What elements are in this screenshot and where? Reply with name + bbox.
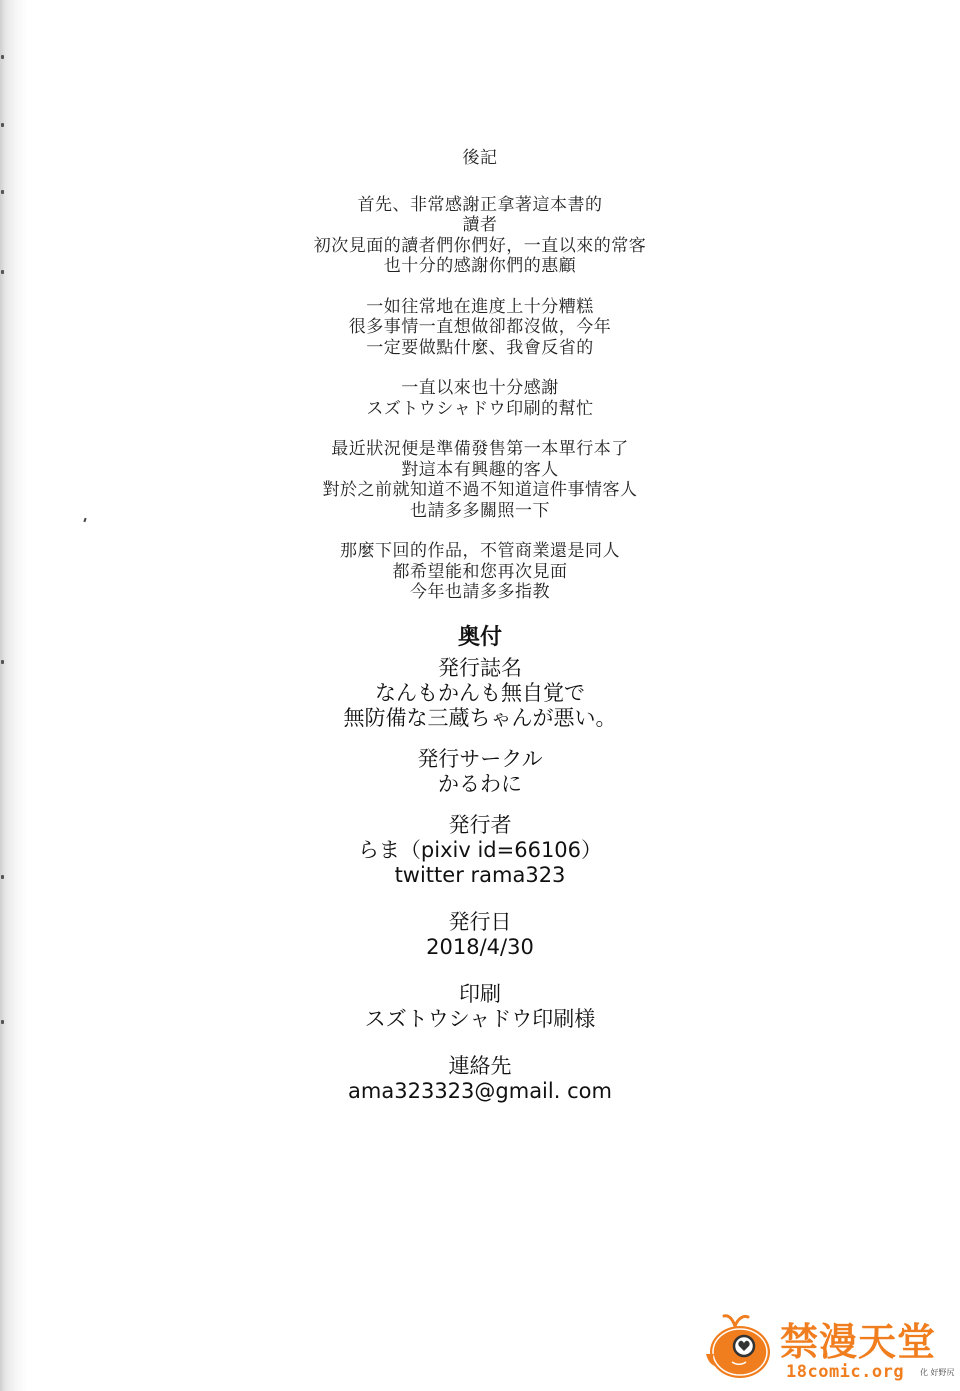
publication-title: 無防備な三蔵ちゃんが悪い。 — [0, 706, 960, 731]
text-line: 今年也請多多指教 — [0, 582, 960, 603]
binding-hole — [1, 55, 4, 59]
colophon-section: 奥付 発行誌名 なんもかんも無自覚で 無防備な三蔵ちゃんが悪い。 発行サークル … — [0, 625, 960, 1120]
contact-email: ama323323@gmail. com — [0, 1079, 960, 1104]
text-line: 也十分的感謝你們的惠顧 — [0, 256, 960, 277]
text-line: 也請多多關照一下 — [0, 501, 960, 522]
afterword-section: 後記 首先、非常感謝正拿著這本書的 讀者 初次見面的讀者們你們好，一直以來的常客… — [0, 148, 960, 623]
text-line: 那麼下回的作品，不管商業還是同人 — [0, 541, 960, 562]
text-line: 都希望能和您再次見面 — [0, 562, 960, 583]
afterword-paragraph: 那麼下回的作品，不管商業還是同人 都希望能和您再次見面 今年也請多多指教 — [0, 541, 960, 603]
watermark-domain: 18comic.org — [786, 1362, 904, 1382]
binding-hole — [1, 123, 4, 127]
text-line: 初次見面的讀者們你們好，一直以來的常客 — [0, 236, 960, 257]
text-line: 首先、非常感謝正拿著這本書的 — [0, 195, 960, 216]
text-line: 最近狀況便是準備發售第一本單行本了 — [0, 439, 960, 460]
text-line: 一直以來也十分感謝 — [0, 378, 960, 399]
date-block: 発行日 2018/4/30 — [0, 910, 960, 960]
whale-mascot-icon — [702, 1310, 780, 1385]
field-label: 発行サークル — [0, 747, 960, 772]
text-line: 讀者 — [0, 215, 960, 236]
publisher-twitter: twitter rama323 — [0, 863, 960, 888]
watermark-brand: 禁漫天堂 — [780, 1322, 936, 1362]
circle-name: かるわに — [0, 772, 960, 797]
text-line: スズトウシャドウ印刷的幫忙 — [0, 399, 960, 420]
publisher-block: 発行者 らま（pixiv id=66106） twitter rama323 — [0, 813, 960, 888]
afterword-paragraph: 首先、非常感謝正拿著這本書的 讀者 初次見面的讀者們你們好，一直以來的常客 也十… — [0, 195, 960, 277]
text-line: 很多事情一直想做卻都沒做，今年 — [0, 317, 960, 338]
site-watermark: 禁漫天堂 18comic.org 化 好野尻 — [702, 1310, 952, 1385]
colophon-heading: 奥付 — [0, 625, 960, 650]
field-label: 連絡先 — [0, 1054, 960, 1079]
circle-block: 発行サークル かるわに — [0, 747, 960, 797]
field-label: 印刷 — [0, 982, 960, 1007]
afterword-paragraph: 最近狀況便是準備發售第一本單行本了 對這本有興趣的客人 對於之前就知道不過不知道… — [0, 439, 960, 521]
text-line: 對這本有興趣的客人 — [0, 460, 960, 481]
printer-name: スズトウシャドウ印刷様 — [0, 1007, 960, 1032]
contact-block: 連絡先 ama323323@gmail. com — [0, 1054, 960, 1104]
afterword-title: 後記 — [0, 148, 960, 169]
publisher-pixiv: らま（pixiv id=66106） — [0, 838, 960, 863]
printer-block: 印刷 スズトウシャドウ印刷様 — [0, 982, 960, 1032]
afterword-paragraph: 一直以來也十分感謝 スズトウシャドウ印刷的幫忙 — [0, 378, 960, 419]
text-line: 一定要做點什麼、我會反省的 — [0, 338, 960, 359]
publication-title: なんもかんも無自覚で — [0, 681, 960, 706]
publish-date: 2018/4/30 — [0, 935, 960, 960]
publication-title-block: 発行誌名 なんもかんも無自覚で 無防備な三蔵ちゃんが悪い。 — [0, 656, 960, 731]
field-label: 発行者 — [0, 813, 960, 838]
text-line: 對於之前就知道不過不知道這件事情客人 — [0, 480, 960, 501]
text-line: 一如往常地在進度上十分糟糕 — [0, 297, 960, 318]
watermark-extra-text: 化 好野尻 — [920, 1367, 955, 1378]
field-label: 発行日 — [0, 910, 960, 935]
field-label: 発行誌名 — [0, 656, 960, 681]
afterword-paragraph: 一如往常地在進度上十分糟糕 很多事情一直想做卻都沒做，今年 一定要做點什麼、我會… — [0, 297, 960, 359]
